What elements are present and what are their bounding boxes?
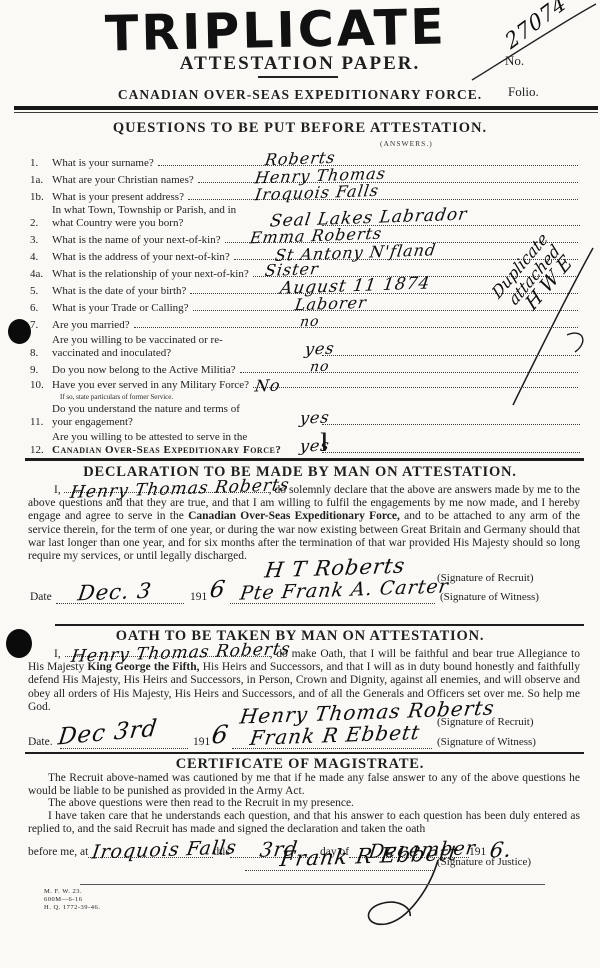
section-rule xyxy=(25,752,584,754)
form-code: M. F. W. 23. xyxy=(44,888,100,896)
question-text: Are you married? xyxy=(52,319,130,331)
footer-rule xyxy=(80,884,545,885)
declaration-paragraph: I, Henry Thomas Roberts, do solemnly dec… xyxy=(28,482,580,563)
signature-of-recruit-label: (Signature of Recruit) xyxy=(437,572,534,584)
pen-stroke-flourish xyxy=(468,0,600,85)
margin-note-flourish xyxy=(505,240,600,410)
header-divider xyxy=(258,76,338,78)
answer-married: no xyxy=(299,314,321,331)
answer-willing-attested: yes xyxy=(299,435,331,455)
question-text-line2: what Country were you born? xyxy=(52,217,236,230)
dotted-leader xyxy=(322,424,580,425)
question-text: What is your surname? xyxy=(52,157,154,169)
question-text: What is your Trade or Calling? xyxy=(52,302,189,314)
date-label: Date. xyxy=(28,736,53,748)
date-label: Date xyxy=(30,591,52,603)
question-number: 11. xyxy=(30,416,52,428)
question-number: 10. xyxy=(30,379,52,391)
form-print-codes: M. F. W. 23. 600M—6-16 H. Q. 1772-39-46. xyxy=(44,888,100,912)
question-number: 4a. xyxy=(30,268,52,280)
question-text-line1: Are you willing to be attested to serve … xyxy=(52,431,281,444)
question-text: What is the address of your next-of-kin? xyxy=(52,251,230,263)
question-row-3: 3. What is the name of your next-of-kin?… xyxy=(30,229,580,246)
questions-list: 1. What is your surname? Roberts 1a. Wha… xyxy=(30,152,580,456)
question-number: 7. xyxy=(30,319,52,331)
section-rule xyxy=(55,624,584,626)
question-number: 2. xyxy=(30,217,52,229)
oath-lead: I, xyxy=(54,648,61,660)
question-number: 9. xyxy=(30,364,52,376)
year-printed: 191 xyxy=(190,591,207,603)
question-number: 12. xyxy=(30,444,52,456)
year-printed: 191 xyxy=(193,736,210,748)
question-text: What is your present address? xyxy=(52,191,184,203)
name-blank: Henry Thomas Roberts xyxy=(64,482,269,493)
question-text: Do you now belong to the Active Militia? xyxy=(52,364,236,376)
answer-military-service: No xyxy=(254,375,282,395)
certificate-title: CERTIFICATE OF MAGISTRATE. xyxy=(0,756,600,773)
force-name: CANADIAN OVER-SEAS EXPEDITIONARY FORCE. xyxy=(0,87,600,103)
header-rule xyxy=(14,106,598,110)
declaration-year-handwritten: 6 xyxy=(208,577,227,604)
question-number: 4. xyxy=(30,251,52,263)
signature-of-witness-label: (Signature of Witness) xyxy=(437,736,536,748)
oath-section: OATH TO BE TAKEN BY MAN ON ATTESTATION. … xyxy=(0,624,600,752)
question-text-line1: In what Town, Township or Parish, and in xyxy=(52,204,236,217)
certificate-paragraph-3: I have taken care that he understands ea… xyxy=(28,810,580,835)
question-text: What is the date of your birth? xyxy=(52,285,186,297)
question-text-line2: Canadian Over-Seas Expeditionary Force? xyxy=(52,444,281,457)
declaration-force-bold: Canadian Over-Seas Expeditionary Force, xyxy=(188,510,400,522)
question-number: 1a. xyxy=(30,174,52,186)
dotted-leader xyxy=(188,199,578,200)
place-blank: Iroquois Falls xyxy=(88,845,213,858)
dotted-leader xyxy=(322,452,580,453)
question-row-7: 7. Are you married? no xyxy=(30,314,580,331)
answer-address: Iroquois Falls xyxy=(254,181,381,204)
question-text-line2: vaccinated and inoculated? xyxy=(52,347,223,360)
question-number: 6. xyxy=(30,302,52,314)
question-row-1b: 1b. What is your present address? Iroquo… xyxy=(30,186,580,203)
declaration-date-handwritten: Dec. 3 xyxy=(76,579,153,606)
answer-vaccinated: yes xyxy=(304,338,336,358)
question-row-8: 8. Are you willing to be vaccinated or r… xyxy=(30,331,580,359)
question-row-6: 6. What is your Trade or Calling? Labore… xyxy=(30,297,580,314)
oath-title: OATH TO BE TAKEN BY MAN ON ATTESTATION. xyxy=(0,628,600,645)
question-text: Have you ever served in any Military For… xyxy=(52,379,249,391)
answer-active-militia: no xyxy=(309,359,331,376)
answer-understand-terms: yes xyxy=(299,407,331,427)
signature-of-witness-label: (Signature of Witness) xyxy=(440,591,539,603)
signature-of-recruit-label: (Signature of Recruit) xyxy=(437,716,534,728)
question-subtext: If so, state particulars of former Servi… xyxy=(60,393,580,402)
signature-flourish xyxy=(350,858,460,938)
questions-section-title: QUESTIONS TO BE PUT BEFORE ATTESTATION. xyxy=(0,120,600,137)
oath-year-handwritten: 6 xyxy=(210,720,231,750)
ink-blot xyxy=(8,319,31,344)
header-rule-thin xyxy=(14,112,598,113)
declaration-section: DECLARATION TO BE MADE BY MAN ON ATTESTA… xyxy=(0,458,600,624)
question-text-line2: your engagement? xyxy=(52,416,240,429)
question-row-10: 10. Have you ever served in any Military… xyxy=(30,376,580,402)
question-number: 5. xyxy=(30,285,52,297)
question-row-12: 12. Are you willing to be attested to se… xyxy=(30,428,580,456)
certificate-section: CERTIFICATE OF MAGISTRATE. The Recruit a… xyxy=(0,752,600,878)
declaration-title: DECLARATION TO BE MADE BY MAN ON ATTESTA… xyxy=(0,464,600,481)
question-text: What are your Christian names? xyxy=(52,174,194,186)
ink-blot xyxy=(6,629,32,658)
question-number: 1b. xyxy=(30,191,52,203)
question-text: What is the name of your next-of-kin? xyxy=(52,234,221,246)
declaration-lead: I, xyxy=(54,484,61,496)
attestation-paper-scan: TRIPLICATE ATTESTATION PAPER. No. 27074 … xyxy=(0,0,600,968)
form-code: 600M—6-16 xyxy=(44,896,100,904)
question-row-9: 9. Do you now belong to the Active Milit… xyxy=(30,359,580,376)
answer-trade: Laborer xyxy=(294,293,368,315)
certificate-paragraph-2: The above questions were then read to th… xyxy=(28,797,580,810)
question-number: 1. xyxy=(30,157,52,169)
answers-column-label: (ANSWERS.) xyxy=(380,139,433,148)
place-handwritten: Iroquois Falls xyxy=(91,836,239,863)
question-text-line1: Are you willing to be vaccinated or re- xyxy=(52,334,223,347)
certificate-paragraph-1: The Recruit above-named was cautioned by… xyxy=(28,772,580,797)
question-row-11: 11. Do you understand the nature and ter… xyxy=(30,402,580,428)
question-number: 3. xyxy=(30,234,52,246)
before-me-label: before me, at xyxy=(28,846,88,858)
form-code: H. Q. 1772-39-46. xyxy=(44,904,100,912)
question-text-line1: Do you understand the nature and terms o… xyxy=(52,403,240,416)
section-rule xyxy=(25,458,584,461)
question-text: What is the relationship of your next-of… xyxy=(52,268,249,280)
name-blank: Henry Thomas Roberts xyxy=(65,646,270,657)
question-row-2: 2. In what Town, Township or Parish, and… xyxy=(30,203,580,229)
question-number: 8. xyxy=(30,347,52,359)
